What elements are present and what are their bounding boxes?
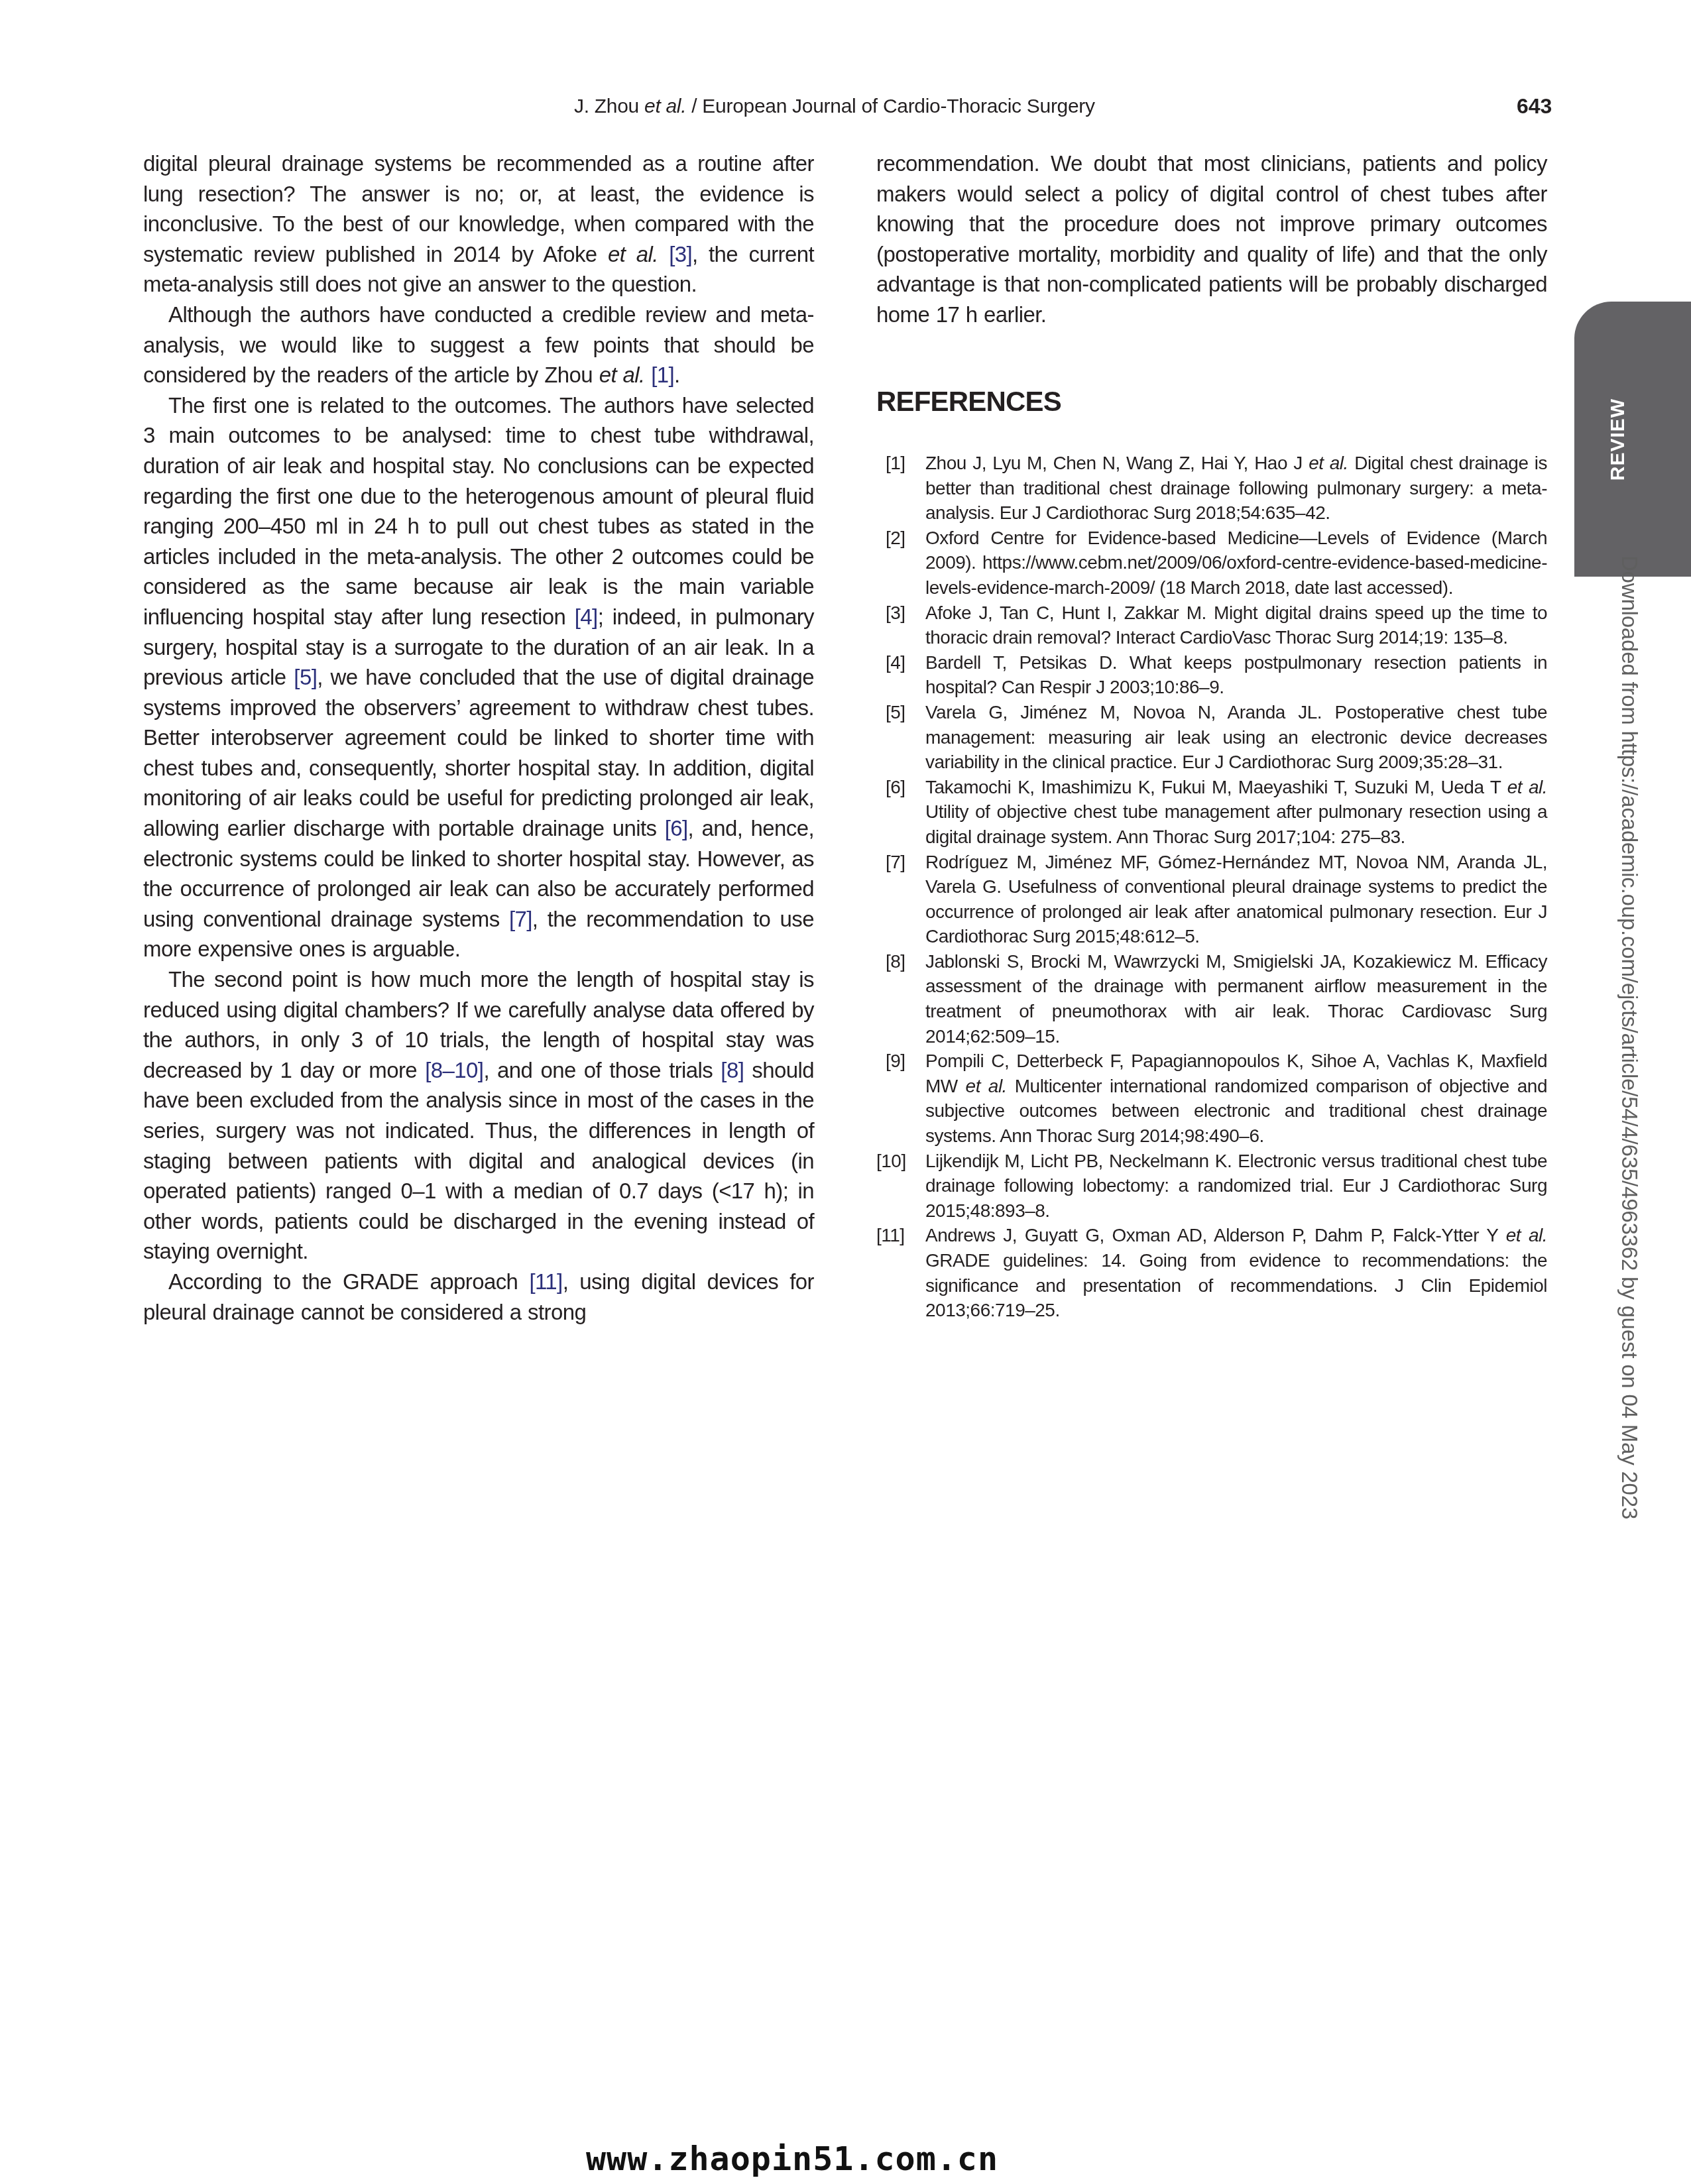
reference-number: [6]: [886, 775, 923, 800]
citation-link[interactable]: [11]: [529, 1269, 562, 1294]
reference-number: [9]: [886, 1049, 923, 1074]
text: , we have concluded that the use of digi…: [143, 665, 814, 840]
reference-item: [9]Pompili C, Detterbeck F, Papagiannopo…: [876, 1049, 1547, 1148]
header-author: J. Zhou: [574, 95, 639, 117]
reference-item: [8]Jablonski S, Brocki M, Wawrzycki M, S…: [876, 949, 1547, 1049]
text: .: [674, 363, 680, 387]
et-al: et al.: [1507, 777, 1547, 797]
reference-item: [1]Zhou J, Lyu M, Chen N, Wang Z, Hai Y,…: [876, 451, 1547, 526]
reference-item: [2]Oxford Centre for Evidence-based Medi…: [876, 526, 1547, 601]
text: Jablonski S, Brocki M, Wawrzycki M, Smig…: [925, 951, 1547, 1047]
et-al: et al.: [966, 1076, 1007, 1096]
text: Bardell T, Petsikas D. What keeps postpu…: [925, 652, 1547, 698]
text: Oxford Centre for Evidence-based Medicin…: [925, 528, 1547, 598]
text: Multicenter international randomized com…: [925, 1076, 1547, 1146]
section-tab-label: REVIEW: [1607, 398, 1629, 481]
paragraph: recommendation. We doubt that most clini…: [876, 148, 1547, 330]
reference-number: [3]: [886, 601, 923, 626]
reference-number: [2]: [886, 526, 923, 551]
text: [658, 242, 669, 266]
text: [645, 363, 652, 387]
reference-item: [3]Afoke J, Tan C, Hunt I, Zakkar M. Mig…: [876, 601, 1547, 650]
reference-number: [11]: [876, 1223, 913, 1248]
download-watermark: Downloaded from https://academic.oup.com…: [1617, 555, 1642, 1519]
footer-watermark: www.zhaopin51.com.cn: [586, 2140, 998, 2178]
text: should have been excluded from the analy…: [143, 1058, 814, 1264]
text: Zhou J, Lyu M, Chen N, Wang Z, Hai Y, Ha…: [925, 453, 1309, 473]
text: According to the GRADE approach: [168, 1269, 529, 1294]
text: Lijkendijk M, Licht PB, Neckelmann K. El…: [925, 1151, 1547, 1221]
text: Takamochi K, Imashimizu K, Fukui M, Maey…: [925, 777, 1507, 797]
text: Utility of objective chest tube manageme…: [925, 801, 1547, 847]
citation-link[interactable]: [3]: [669, 242, 692, 266]
page-number: 643: [1517, 94, 1552, 119]
text: Although the authors have conducted a cr…: [143, 302, 814, 387]
references-heading: REFERENCES: [876, 386, 1061, 418]
reference-item: [5]Varela G, Jiménez M, Novoa N, Aranda …: [876, 700, 1547, 775]
et-al: et al.: [1309, 453, 1348, 473]
citation-link[interactable]: [7]: [509, 907, 532, 931]
et-al: et al.: [1506, 1225, 1547, 1245]
section-tab: [1574, 302, 1691, 577]
paragraph: The first one is related to the outcomes…: [143, 390, 814, 964]
right-column: recommendation. We doubt that most clini…: [876, 148, 1547, 330]
citation-link[interactable]: [1]: [651, 363, 674, 387]
text: Andrews J, Guyatt G, Oxman AD, Alderson …: [925, 1225, 1506, 1245]
text: Varela G, Jiménez M, Novoa N, Aranda JL.…: [925, 702, 1547, 772]
citation-link[interactable]: [6]: [665, 816, 688, 840]
reference-number: [4]: [886, 650, 923, 675]
et-al: et al.: [599, 363, 645, 387]
reference-item: [6]Takamochi K, Imashimizu K, Fukui M, M…: [876, 775, 1547, 850]
text: Afoke J, Tan C, Hunt I, Zakkar M. Might …: [925, 603, 1547, 648]
reference-number: [5]: [886, 700, 923, 725]
reference-item: [7]Rodríguez M, Jiménez MF, Gómez-Hernán…: [876, 850, 1547, 949]
reference-number: [7]: [886, 850, 923, 875]
citation-link[interactable]: [8]: [721, 1058, 744, 1082]
left-column: digital pleural drainage systems be reco…: [143, 148, 814, 1327]
header-et-al: et al.: [644, 95, 686, 117]
header-journal: / European Journal of Cardio-Thoracic Su…: [686, 95, 1095, 117]
running-header: J. Zhou et al. / European Journal of Car…: [574, 95, 1095, 118]
paragraph: digital pleural drainage systems be reco…: [143, 148, 814, 300]
reference-number: [1]: [886, 451, 923, 476]
citation-link[interactable]: [4]: [575, 604, 598, 629]
text: , and one of those trials: [483, 1058, 721, 1082]
et-al: et al.: [608, 242, 658, 266]
reference-item: [4]Bardell T, Petsikas D. What keeps pos…: [876, 650, 1547, 700]
text: The first one is related to the outcomes…: [143, 393, 814, 629]
paragraph: According to the GRADE approach [11], us…: [143, 1267, 814, 1327]
references-list: [1]Zhou J, Lyu M, Chen N, Wang Z, Hai Y,…: [876, 451, 1547, 1323]
reference-item: [10]Lijkendijk M, Licht PB, Neckelmann K…: [876, 1149, 1547, 1224]
paragraph: Although the authors have conducted a cr…: [143, 300, 814, 390]
paragraph: The second point is how much more the le…: [143, 964, 814, 1267]
citation-link[interactable]: [5]: [294, 665, 317, 689]
reference-item: [11]Andrews J, Guyatt G, Oxman AD, Alder…: [876, 1223, 1547, 1322]
citation-link[interactable]: [8–10]: [425, 1058, 483, 1082]
reference-number: [8]: [886, 949, 923, 974]
reference-number: [10]: [876, 1149, 913, 1174]
text: Rodríguez M, Jiménez MF, Gómez-Hernández…: [925, 852, 1547, 947]
text: GRADE guidelines: 14. Going from evidenc…: [925, 1250, 1547, 1320]
